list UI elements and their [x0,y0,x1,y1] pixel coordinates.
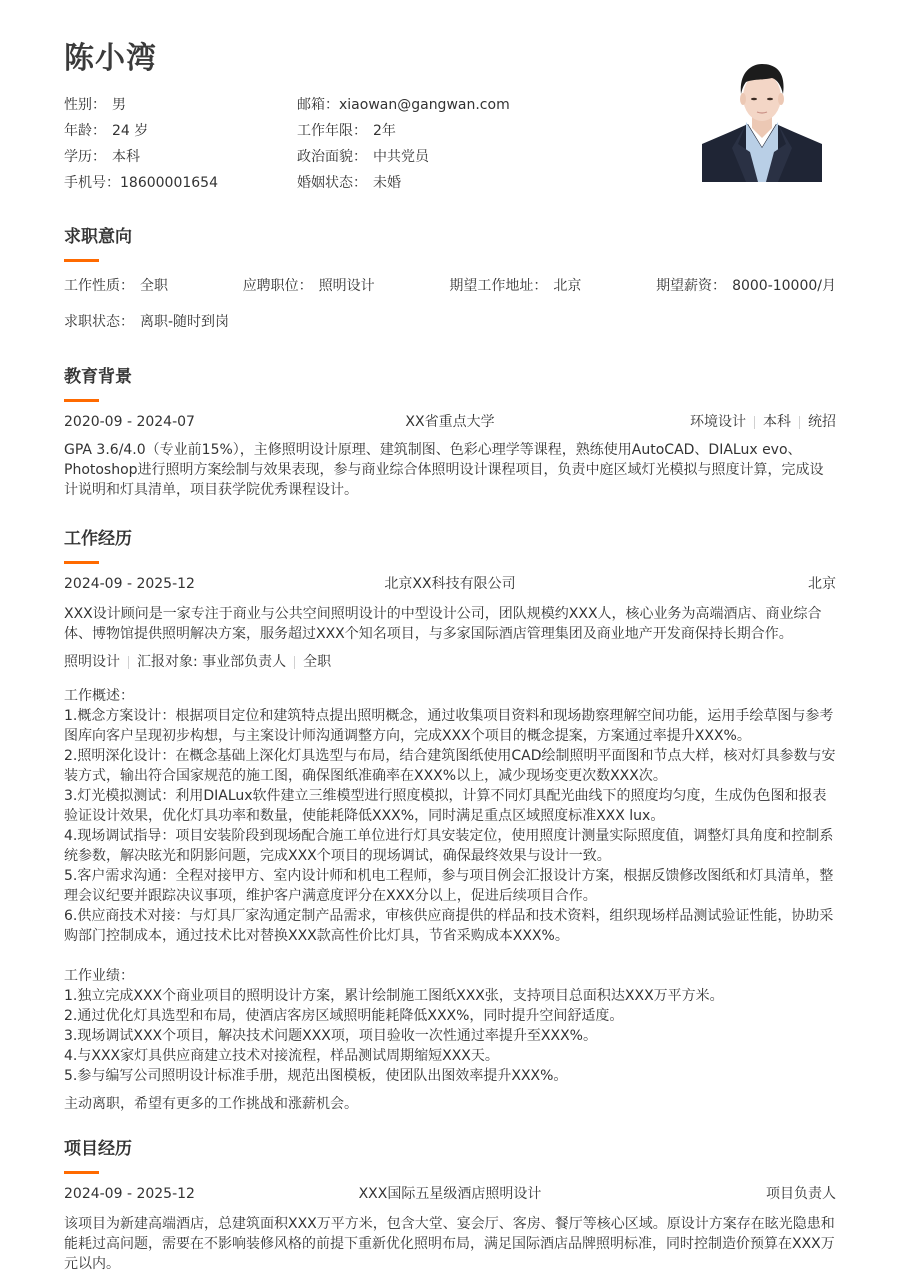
education-tags: 环境设计 本科 统招 [579,412,836,432]
overview-item: 2.照明深化设计：在概念基础上深化灯具选型与布局，结合建筑图纸使用CAD绘制照明… [64,746,836,786]
degree-tag: 本科 [763,412,791,432]
overview-item: 4.现场调试指导：项目安装阶段到现场配合施工单位进行灯具安装定位，使用照度计测量… [64,826,836,866]
section-accent-bar [64,259,99,262]
location-field: 期望工作地址：北京 [449,276,581,296]
project-section: 项目经历 2024-09 - 2025-12 XXX国际五星级酒店照明设计 项目… [64,1137,836,1274]
job-intent-section: 求职意向 工作性质：全职 应聘职位：照明设计 期望工作地址：北京 期望薪资：80… [64,225,836,332]
project-description: 该项目为新建高端酒店，总建筑面积XXX万平方米，包含大堂、宴会厅、客房、餐厅等核… [64,1214,836,1274]
age-field: 年龄：24 岁 [64,120,297,146]
email-field: 邮箱：xiaowan@gangwan.com [297,94,624,120]
employment-type-tag: 全职 [303,652,331,672]
overview-item: 3.灯光模拟测试：利用DIALux软件建立三维模型进行照度模拟，计算不同灯具配光… [64,786,836,826]
job-type-field: 工作性质：全职 [64,276,168,296]
phone-field: 手机号：18600001654 [64,172,297,198]
basic-info: 性别：男 邮箱：xiaowan@gangwan.com 年龄：24 岁 工作年限… [64,94,624,198]
achievements-title: 工作业绩： [64,966,836,986]
achievement-item: 4.与XXX家灯具供应商建立技术对接流程，样品测试周期缩短XXX天。 [64,1046,836,1066]
work-section: 工作经历 2024-09 - 2025-12 北京XX科技有限公司 北京 XXX… [64,527,836,1114]
major-tag: 环境设计 [690,412,746,432]
company-name: 北京XX科技有限公司 [321,574,578,594]
achievement-item: 2.通过优化灯具选型和布局，使酒店客房区域照明能耗降低XXX%，同时提升空间舒适… [64,1006,836,1026]
achievement-item: 5.参与编写公司照明设计标准手册，规范出图模板，使团队出图效率提升XXX%。 [64,1066,836,1086]
section-title: 项目经历 [64,1137,836,1161]
work-location: 北京 [579,574,836,594]
education-level-field: 学历：本科 [64,146,297,172]
overview-item: 5.客户需求沟通：全程对接甲方、室内设计师和机电工程师，参与项目例会汇报设计方案… [64,866,836,906]
company-description: XXX设计顾问是一家专注于商业与公共空间照明设计的中型设计公司，团队规模约XXX… [64,604,836,644]
school-name: XX省重点大学 [321,412,578,432]
achievement-item: 1.独立完成XXX个商业项目的照明设计方案，累计绘制施工图纸XXX张，支持项目总… [64,986,836,1006]
project-role: 项目负责人 [579,1184,836,1204]
work-period: 2024-09 - 2025-12 [64,574,321,594]
marital-status-field: 婚姻状态：未婚 [297,172,624,198]
separator [128,656,129,669]
work-tags: 照明设计 汇报对象: 事业部负责人 全职 [64,652,836,672]
report-to-tag: 汇报对象: 事业部负责人 [137,652,286,672]
political-status-field: 政治面貌：中共党员 [297,146,624,172]
gender-field: 性别：男 [64,94,297,120]
enrollment-tag: 统招 [808,412,836,432]
education-period: 2020-09 - 2024-07 [64,412,321,432]
overview-title: 工作概述： [64,686,836,706]
section-accent-bar [64,1171,99,1174]
position-field: 应聘职位：照明设计 [243,276,375,296]
intent-row: 工作性质：全职 应聘职位：照明设计 期望工作地址：北京 期望薪资：8000-10… [64,276,836,296]
work-overview: 工作概述： 1.概念方案设计：根据项目定位和建筑特点提出照明概念，通过收集项目资… [64,686,836,946]
overview-item: 6.供应商技术对接：与灯具厂家沟通定制产品需求，审核供应商提供的样品和技术资料，… [64,906,836,946]
section-title: 求职意向 [64,225,836,249]
education-section: 教育背景 2020-09 - 2024-07 XX省重点大学 环境设计 本科 统… [64,365,836,500]
separator [799,416,800,429]
candidate-name: 陈小湾 [64,38,157,80]
education-description: GPA 3.6/4.0（专业前15%），主修照明设计原理、建筑制图、色彩心理学等… [64,440,836,500]
job-status-field: 求职状态：离职-随时到岗 [64,312,229,332]
section-accent-bar [64,399,99,402]
achievement-item: 3.现场调试XXX个项目，解决技术问题XXX项，项目验收一次性通过率提升至XXX… [64,1026,836,1046]
project-name: XXX国际五星级酒店照明设计 [321,1184,578,1204]
project-period: 2024-09 - 2025-12 [64,1184,321,1204]
section-accent-bar [64,561,99,564]
salary-field: 期望薪资：8000-10000/月 [656,276,836,296]
section-title: 工作经历 [64,527,836,551]
work-achievements: 工作业绩： 1.独立完成XXX个商业项目的照明设计方案，累计绘制施工图纸XXX张… [64,966,836,1086]
work-years-field: 工作年限：2年 [297,120,624,146]
role-tag: 照明设计 [64,652,120,672]
overview-item: 1.概念方案设计：根据项目定位和建筑特点提出照明概念，通过收集项目资料和现场勘察… [64,706,836,746]
project-header-row: 2024-09 - 2025-12 XXX国际五星级酒店照明设计 项目负责人 [64,1184,836,1204]
intent-status-row: 求职状态：离职-随时到岗 [64,312,836,332]
education-header-row: 2020-09 - 2024-07 XX省重点大学 环境设计 本科 统招 [64,412,836,432]
work-header-row: 2024-09 - 2025-12 北京XX科技有限公司 北京 [64,574,836,594]
person-portrait-icon [702,52,822,182]
section-title: 教育背景 [64,365,836,389]
leave-reason: 主动离职，希望有更多的工作挑战和涨薪机会。 [64,1094,836,1114]
portrait-photo [702,52,822,182]
separator [754,416,755,429]
separator [294,656,295,669]
